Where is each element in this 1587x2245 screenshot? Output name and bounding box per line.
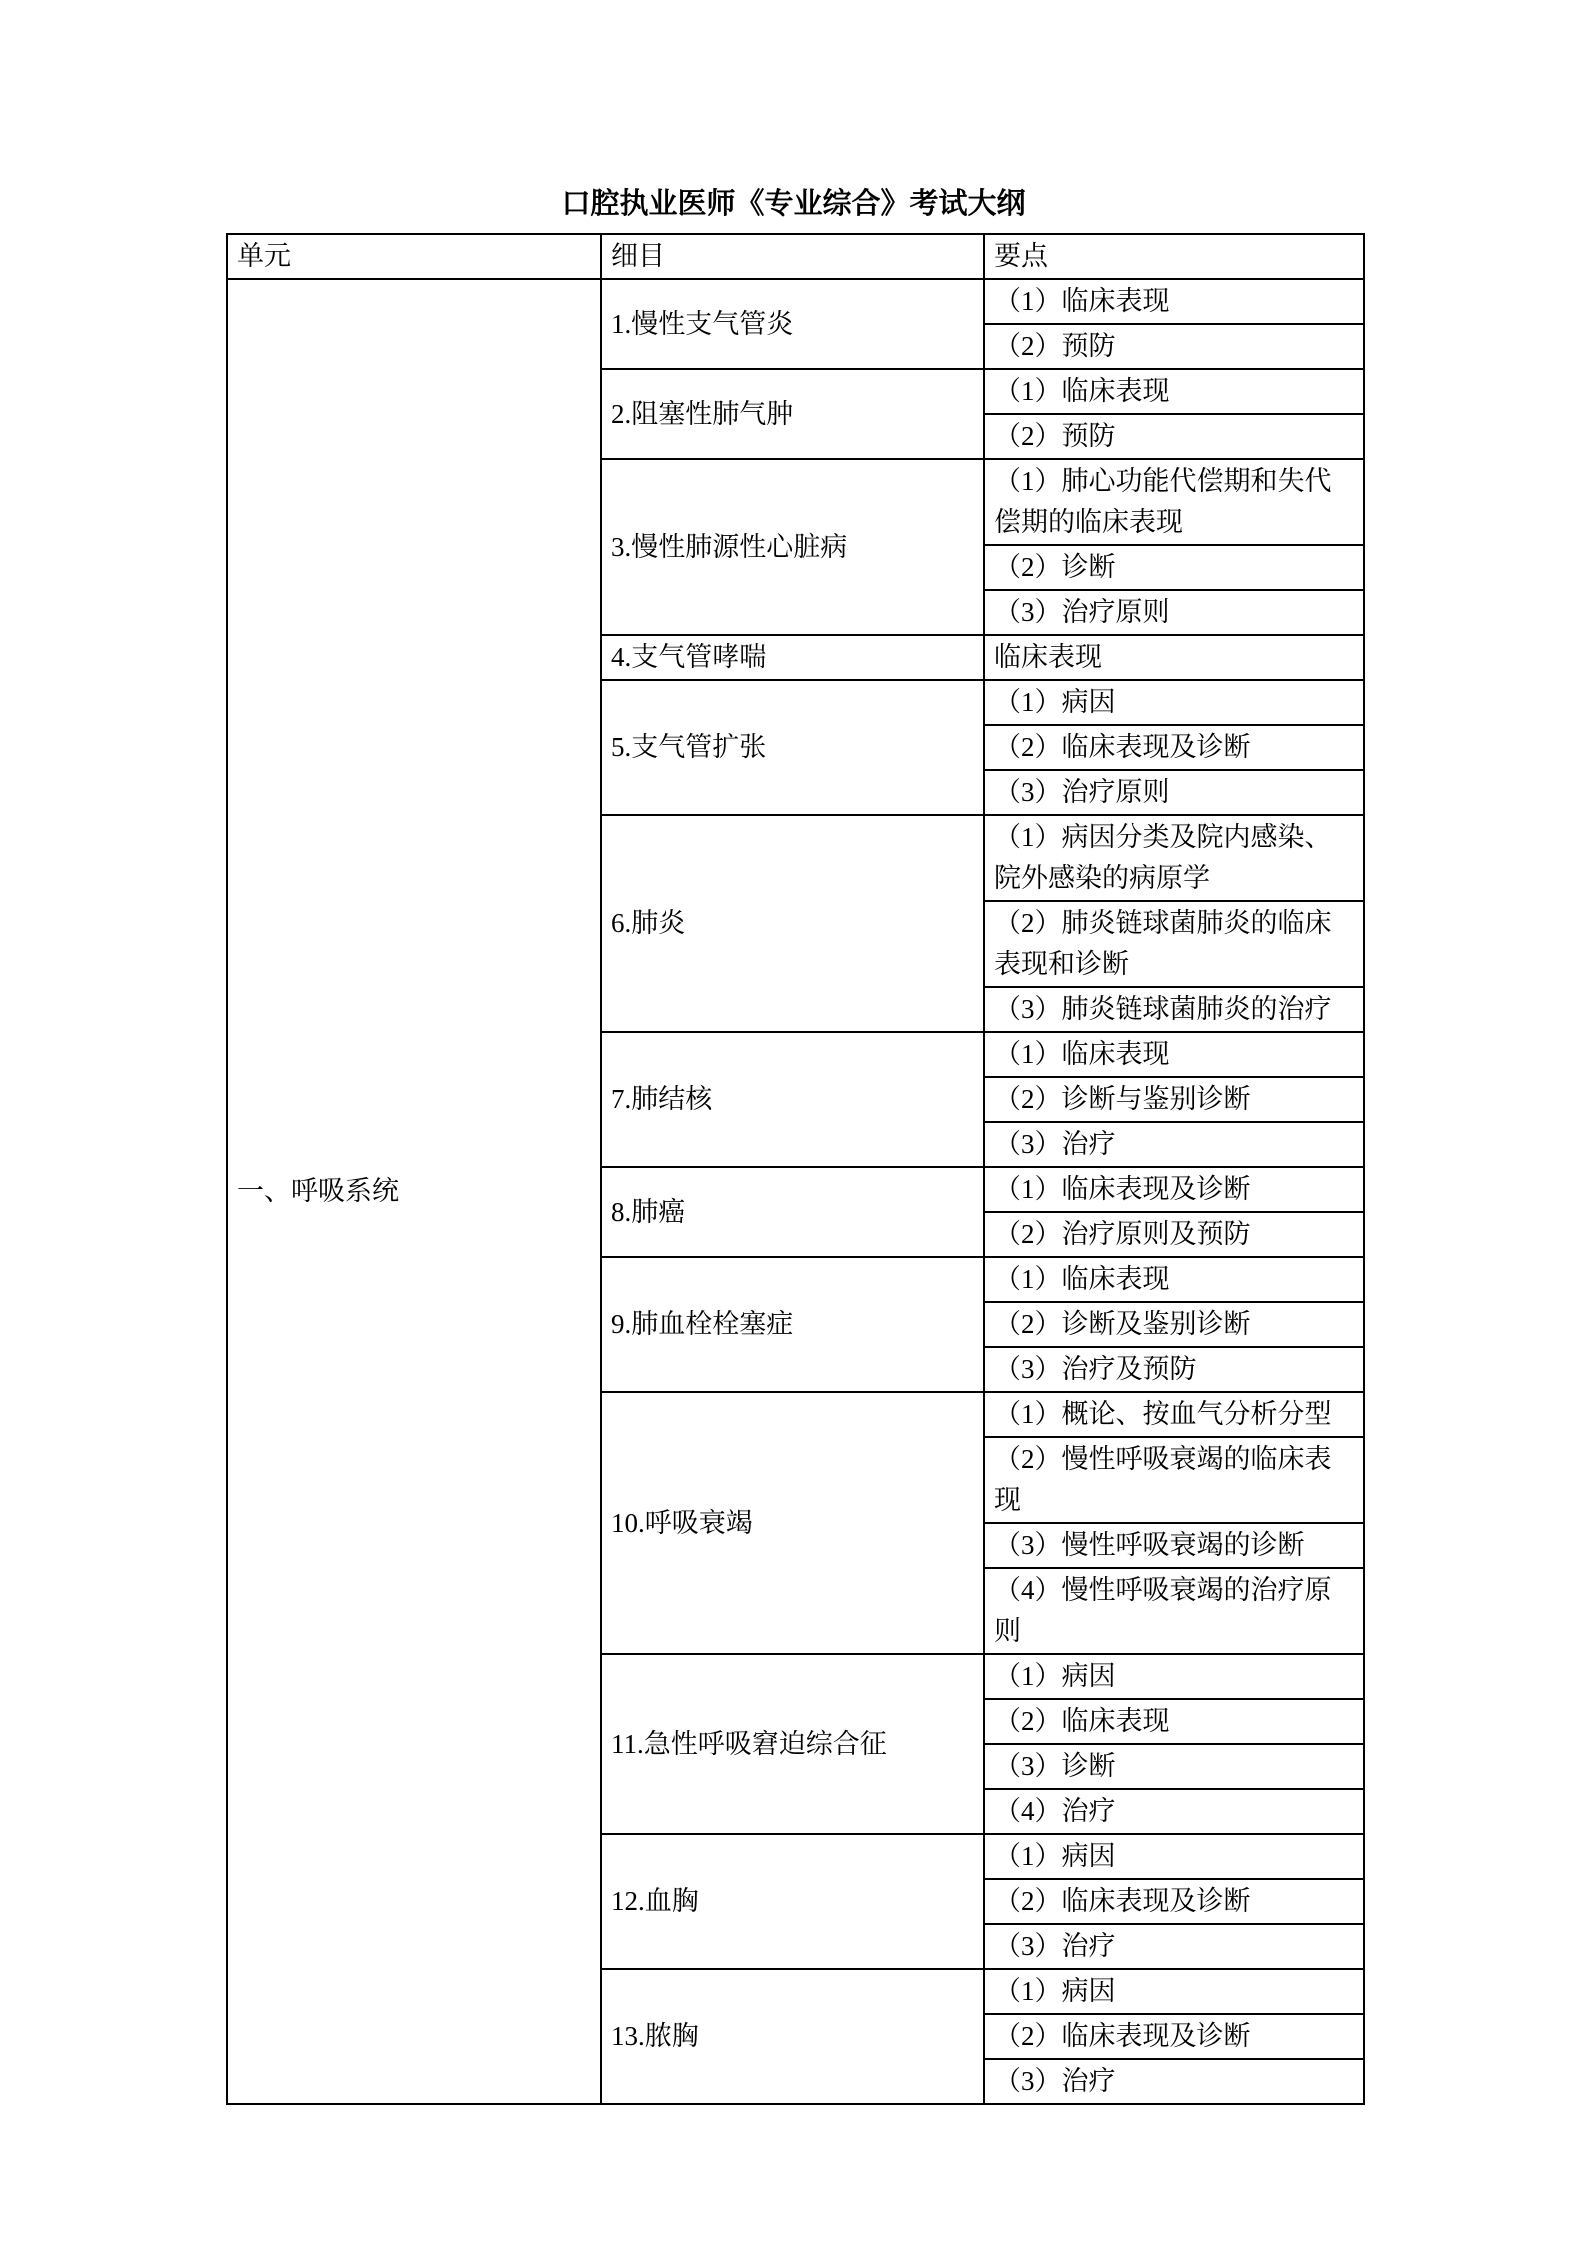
point-cell: （2）预防	[984, 414, 1364, 459]
point-cell: （3）慢性呼吸衰竭的诊断	[984, 1523, 1364, 1568]
point-cell: （1）病因	[984, 1654, 1364, 1699]
point-cell: （4）治疗	[984, 1789, 1364, 1834]
point-cell: （1）临床表现	[984, 1032, 1364, 1077]
point-cell: （1）概论、按血气分析分型	[984, 1392, 1364, 1437]
point-cell: （2）治疗原则及预防	[984, 1212, 1364, 1257]
point-cell: （1）病因	[984, 1834, 1364, 1879]
point-cell: （3）治疗原则	[984, 770, 1364, 815]
point-cell: （1）临床表现	[984, 1257, 1364, 1302]
item-cell: 12.血胸	[601, 1834, 984, 1969]
header-row: 单元 细目 要点	[227, 234, 1364, 279]
table-body: 一、呼吸系统1.慢性支气管炎（1）临床表现（2）预防2.阻塞性肺气肿（1）临床表…	[227, 279, 1364, 2104]
point-cell: （2）临床表现及诊断	[984, 725, 1364, 770]
unit-cell: 一、呼吸系统	[227, 279, 601, 2104]
point-cell: （2）临床表现及诊断	[984, 2014, 1364, 2059]
item-cell: 5.支气管扩张	[601, 680, 984, 815]
syllabus-table: 单元 细目 要点 一、呼吸系统1.慢性支气管炎（1）临床表现（2）预防2.阻塞性…	[226, 233, 1365, 2105]
col-header-unit: 单元	[227, 234, 601, 279]
table-row: 一、呼吸系统1.慢性支气管炎（1）临床表现	[227, 279, 1364, 324]
item-cell: 2.阻塞性肺气肿	[601, 369, 984, 459]
point-cell: （2）诊断	[984, 545, 1364, 590]
point-cell: （1）临床表现	[984, 279, 1364, 324]
point-cell: （3）治疗	[984, 1924, 1364, 1969]
item-cell: 13.脓胸	[601, 1969, 984, 2104]
point-cell: （2）预防	[984, 324, 1364, 369]
point-cell: （1）病因分类及院内感染、院外感染的病原学	[984, 815, 1364, 901]
point-cell: （3）治疗	[984, 1122, 1364, 1167]
document-title: 口腔执业医师《专业综合》考试大纲	[0, 183, 1587, 225]
item-cell: 8.肺癌	[601, 1167, 984, 1257]
point-cell: （2）肺炎链球菌肺炎的临床表现和诊断	[984, 901, 1364, 987]
item-cell: 3.慢性肺源性心脏病	[601, 459, 984, 635]
point-cell: （3）诊断	[984, 1744, 1364, 1789]
point-cell: （1）肺心功能代偿期和失代偿期的临床表现	[984, 459, 1364, 545]
point-cell: 临床表现	[984, 635, 1364, 680]
point-cell: （3）治疗原则	[984, 590, 1364, 635]
point-cell: （1）临床表现及诊断	[984, 1167, 1364, 1212]
item-cell: 1.慢性支气管炎	[601, 279, 984, 369]
item-cell: 7.肺结核	[601, 1032, 984, 1167]
point-cell: （3）治疗	[984, 2059, 1364, 2104]
item-cell: 9.肺血栓栓塞症	[601, 1257, 984, 1392]
col-header-points: 要点	[984, 234, 1364, 279]
page: 口腔执业医师《专业综合》考试大纲 单元 细目 要点 一、呼吸系统1.慢性支气管炎…	[0, 0, 1587, 2245]
point-cell: （4）慢性呼吸衰竭的治疗原则	[984, 1568, 1364, 1654]
point-cell: （3）肺炎链球菌肺炎的治疗	[984, 987, 1364, 1032]
item-cell: 4.支气管哮喘	[601, 635, 984, 680]
point-cell: （2）诊断及鉴别诊断	[984, 1302, 1364, 1347]
point-cell: （1）临床表现	[984, 369, 1364, 414]
point-cell: （2）临床表现及诊断	[984, 1879, 1364, 1924]
item-cell: 11.急性呼吸窘迫综合征	[601, 1654, 984, 1834]
col-header-item: 细目	[601, 234, 984, 279]
point-cell: （1）病因	[984, 680, 1364, 725]
item-cell: 6.肺炎	[601, 815, 984, 1032]
point-cell: （2）临床表现	[984, 1699, 1364, 1744]
point-cell: （1）病因	[984, 1969, 1364, 2014]
item-cell: 10.呼吸衰竭	[601, 1392, 984, 1654]
point-cell: （2）诊断与鉴别诊断	[984, 1077, 1364, 1122]
point-cell: （3）治疗及预防	[984, 1347, 1364, 1392]
point-cell: （2）慢性呼吸衰竭的临床表现	[984, 1437, 1364, 1523]
